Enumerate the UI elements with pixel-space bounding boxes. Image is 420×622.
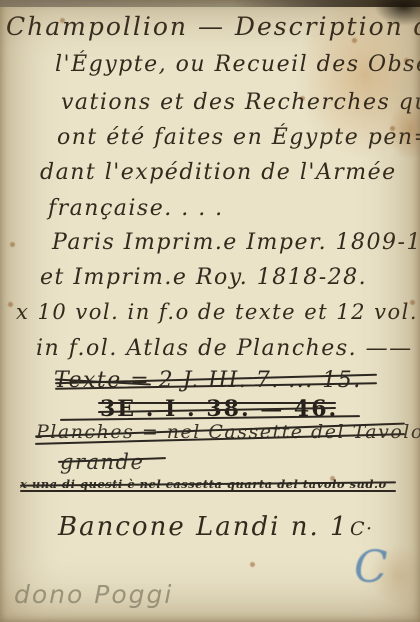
title-line: vations et des Recherches qui bbox=[61, 90, 420, 115]
title-line: ont été faites en Égypte pen= bbox=[57, 125, 420, 150]
blue-crayon-mark: C bbox=[354, 542, 389, 593]
strikethrough-line bbox=[20, 490, 396, 492]
foxing-speck bbox=[8, 302, 13, 307]
title-line: dant l'expédition de l'Armée bbox=[40, 160, 397, 185]
title-line: française. . . . bbox=[48, 196, 224, 221]
collation-line: x 10 vol. in f.o de texte et 12 vol. bbox=[16, 300, 418, 324]
ink-c-mark: C· bbox=[350, 518, 374, 540]
photo-edge-top bbox=[0, 0, 420, 7]
pencil-note: dono Poggi bbox=[14, 580, 173, 609]
strikethrough-line bbox=[98, 402, 336, 404]
catalog-card: Champollion — Description de l'Égypte, o… bbox=[0, 0, 420, 622]
foxing-speck bbox=[10, 242, 15, 247]
imprint-line: Paris Imprim.e Imper. 1809-13, bbox=[52, 230, 420, 255]
location-line: Bancone Landi n. 1 bbox=[58, 512, 349, 542]
author-title-line: Champollion — Description de bbox=[6, 12, 420, 41]
imprint-line: et Imprim.e Roy. 1818-28. bbox=[40, 265, 367, 290]
foxing-speck bbox=[250, 562, 255, 567]
title-line: l'Égypte, ou Recueil des Obser= bbox=[55, 52, 420, 77]
collation-line: in f.ol. Atlas de Planches. —— bbox=[36, 336, 413, 361]
